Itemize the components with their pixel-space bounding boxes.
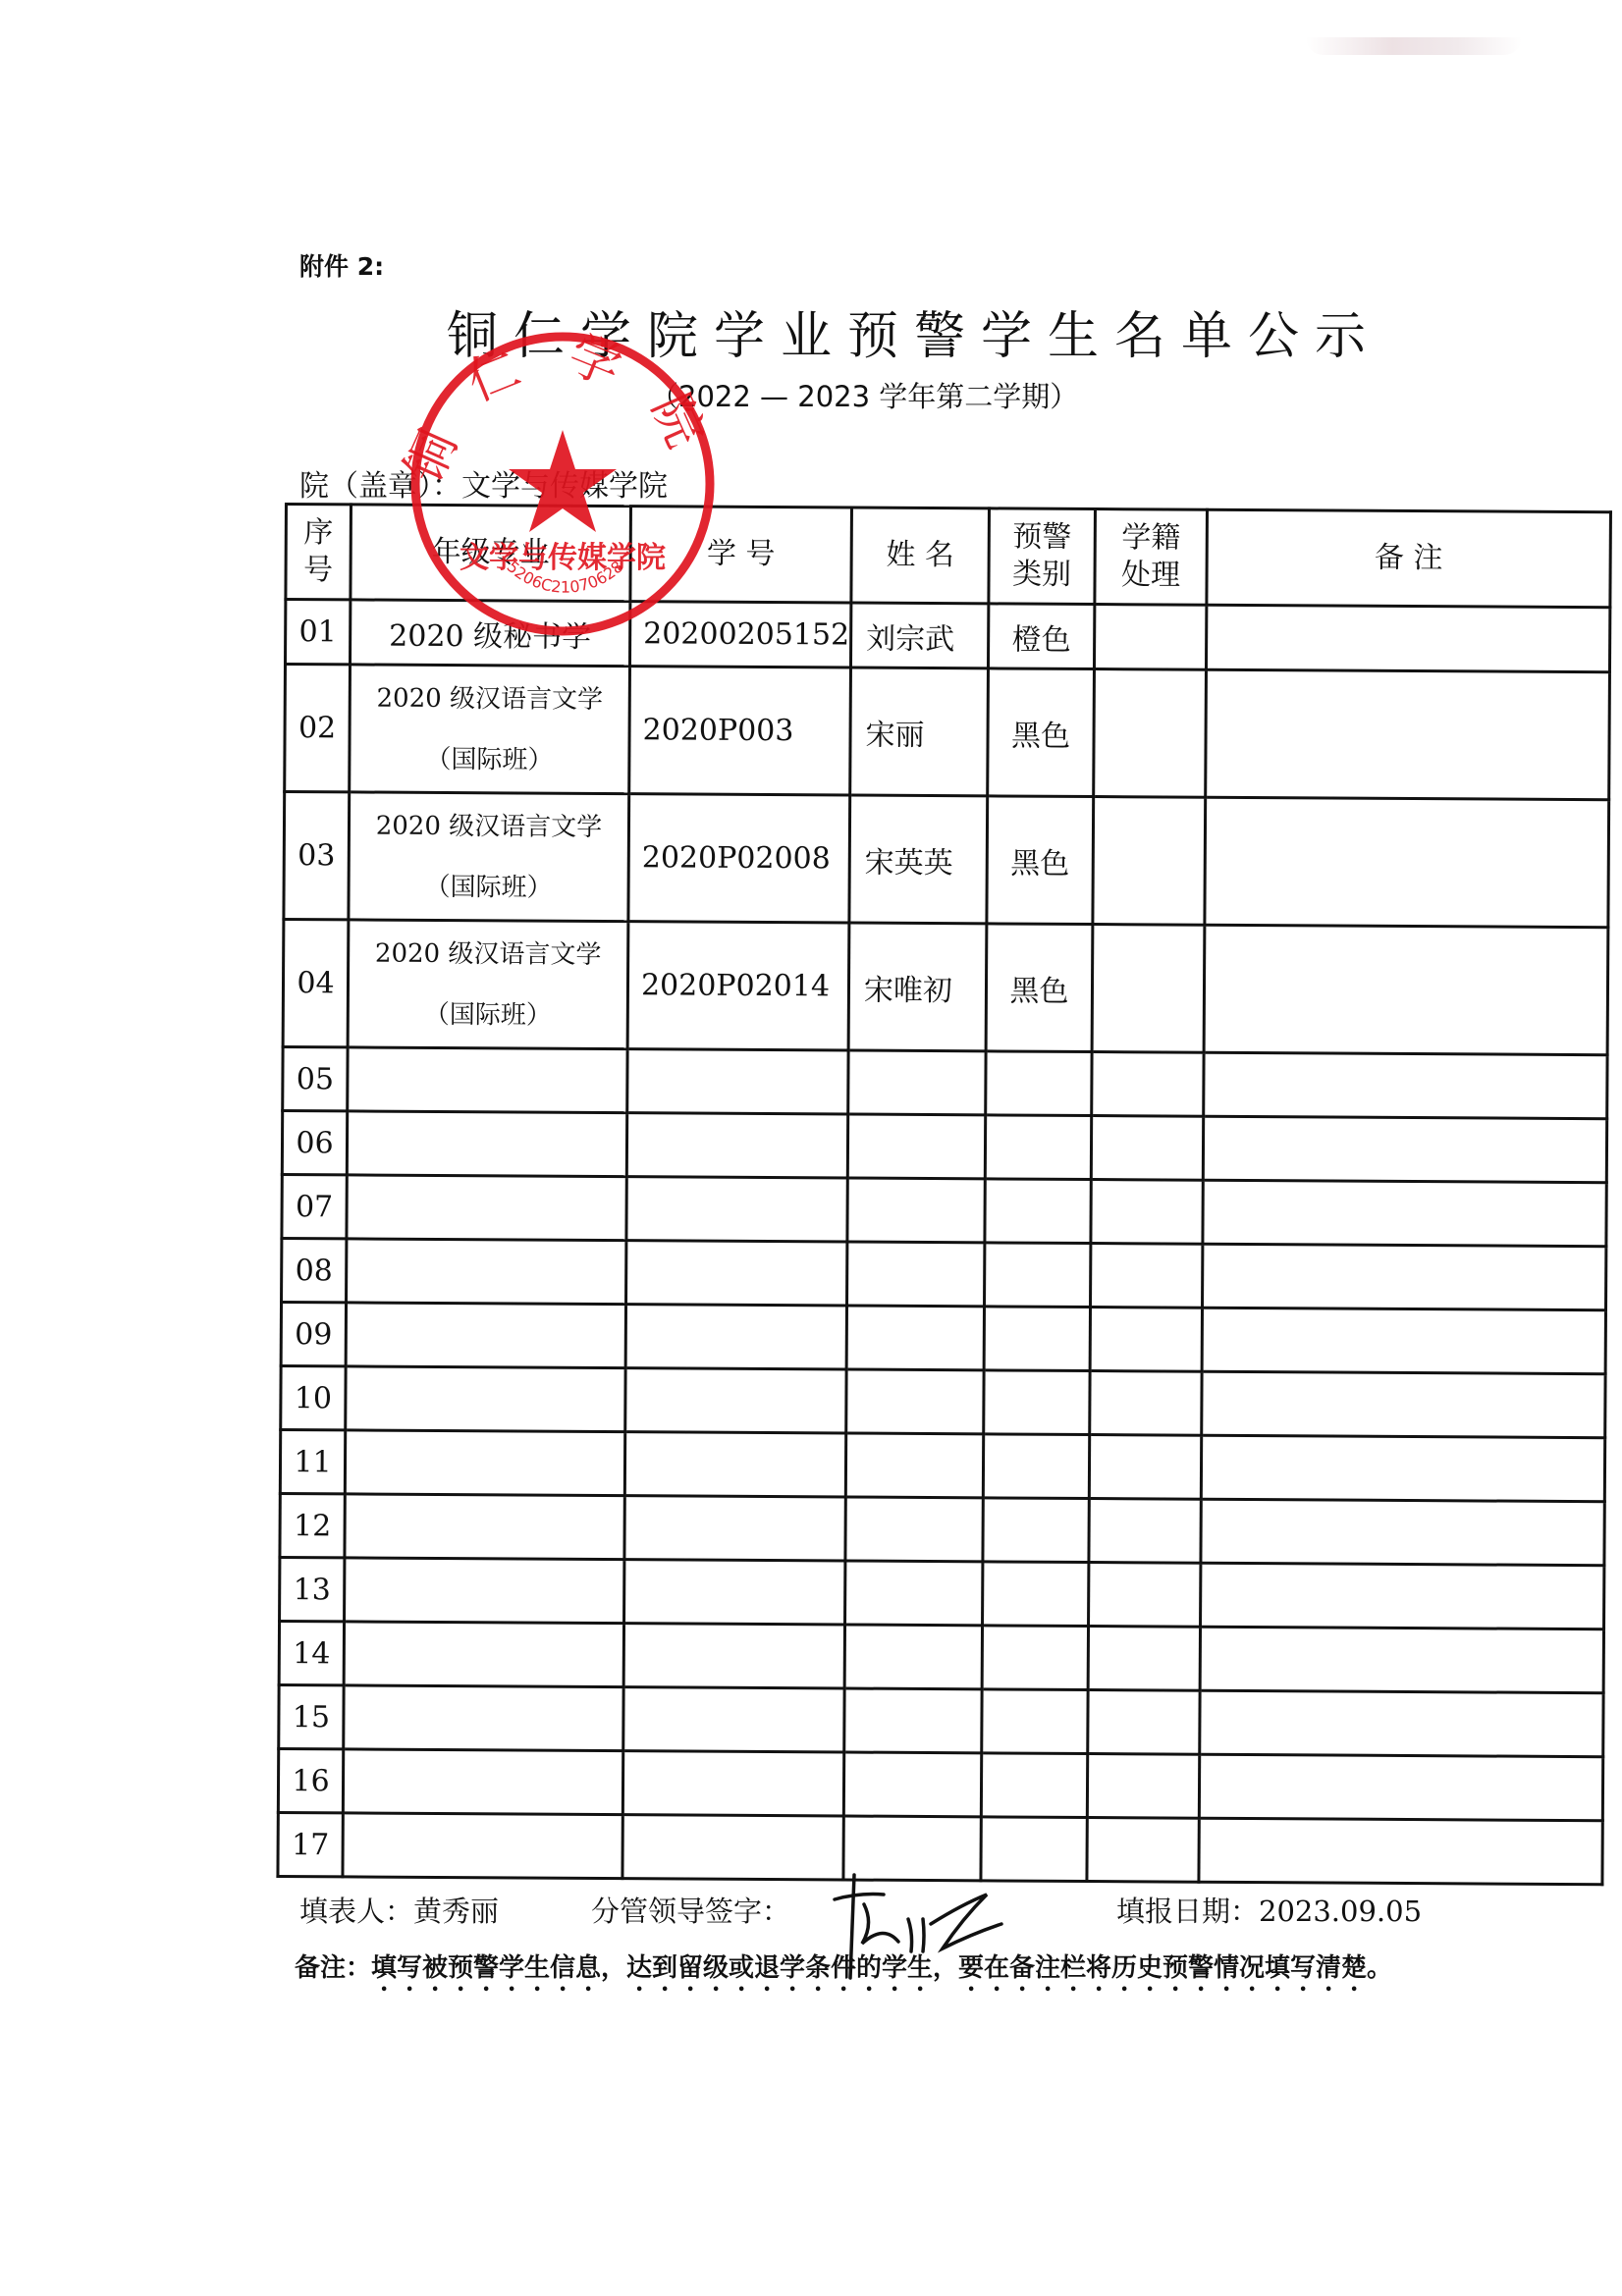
table-row-empty: 05 [283,1046,1607,1118]
cell-warning-type [982,1562,1088,1627]
cell-name [844,1688,982,1753]
cell-name: 宋丽 [850,667,989,796]
cell-remarks [1206,669,1610,800]
cell-remarks [1202,1371,1605,1438]
grade-major: 2020 级汉语言文学 [351,667,628,730]
cell-remarks [1200,1627,1603,1693]
cell-remarks [1203,1180,1606,1247]
cell-remarks [1202,1244,1605,1310]
cell-student-id [626,1241,847,1306]
cell-student-id: 2020P02008 [628,794,850,923]
cell-student-id [624,1496,845,1561]
cell-seq: 17 [278,1812,343,1876]
header-seq: 序 号 [286,505,351,600]
cell-remarks [1203,1116,1606,1183]
cell-status-handling [1087,1754,1199,1819]
table-row-empty: 09 [281,1302,1605,1373]
cell-grade-major [345,1494,624,1560]
cell-grade-major: 2020 级汉语言文学（国际班） [348,920,628,1049]
cell-warning-type: 橙色 [988,604,1094,669]
cell-seq: 16 [278,1748,343,1812]
cell-grade-major [347,1175,626,1241]
cell-warning-type [983,1434,1089,1499]
table-row-empty: 16 [278,1748,1602,1820]
table-row: 012020 级秘书学20200205152刘宗武橙色 [285,600,1609,672]
cell-status-handling [1089,1435,1201,1500]
warning-student-table: 序 号 年级专业 学 号 姓 名 预警 类别 学籍 处理 备 注 012020 … [276,503,1612,1886]
cell-grade-major [344,1685,623,1751]
cell-seq: 06 [282,1110,347,1174]
cell-warning-type [982,1689,1088,1754]
header-remarks: 备 注 [1207,509,1611,608]
cell-status-handling [1088,1563,1200,1628]
cell-status-handling [1094,669,1207,798]
cell-warning-type [984,1370,1090,1435]
cell-warning-type [984,1243,1090,1308]
cell-remarks [1200,1690,1603,1757]
cell-warning-type: 黑色 [987,796,1094,925]
cell-name [848,1050,986,1115]
cell-seq: 15 [279,1684,344,1748]
cell-grade-major [348,1047,627,1113]
cell-name [844,1625,982,1689]
table-row-empty: 11 [280,1429,1604,1501]
table-row-empty: 15 [279,1684,1603,1756]
cell-student-id [622,1751,843,1816]
page-subtitle: （2022 — 2023 学年第二学期） [650,375,1078,415]
cell-warning-type: 黑色 [986,924,1093,1052]
cell-seq: 10 [281,1365,346,1429]
cell-seq: 09 [281,1302,346,1365]
cell-seq: 07 [282,1174,347,1238]
cell-status-handling [1092,1052,1204,1117]
cell-status-handling [1093,797,1206,926]
cell-seq: 03 [284,792,350,920]
cell-student-id [623,1624,844,1688]
table-row-empty: 07 [282,1174,1606,1246]
cell-status-handling [1091,1180,1203,1245]
cell-name [845,1433,983,1498]
cell-student-id [626,1113,847,1178]
cell-remarks [1201,1499,1604,1566]
cell-grade-major: 2020 级汉语言文学（国际班） [349,792,629,922]
cell-remarks [1202,1308,1605,1374]
cell-seq: 01 [285,600,350,665]
cell-student-id [624,1560,845,1625]
grade-class: （国际班） [351,728,627,791]
cell-remarks [1199,1818,1602,1885]
cell-student-id: 2020P003 [629,667,851,795]
cell-grade-major [343,1749,622,1815]
table-row-empty: 14 [279,1621,1603,1692]
cell-seq: 14 [279,1621,344,1684]
cell-name [843,1752,981,1817]
cell-warning-type [983,1498,1089,1563]
cell-remarks [1199,1754,1602,1821]
cell-status-handling [1088,1690,1200,1755]
cell-seq: 05 [283,1046,348,1110]
header-student-id: 学 号 [630,507,852,603]
cell-seq: 11 [280,1429,345,1493]
grade-major: 2020 级汉语言文学 [350,923,626,986]
cell-remarks [1205,797,1609,928]
cell-status-handling [1091,1116,1203,1181]
cell-seq: 08 [282,1238,347,1302]
grade-major: 2020 级汉语言文学 [351,795,627,858]
grade-class: （国际班） [350,856,626,919]
cell-seq: 04 [283,920,349,1047]
filler-label: 填表人：黄秀丽 [299,1890,499,1930]
cell-name: 刘宗武 [850,603,988,668]
cell-warning-type [984,1307,1090,1371]
cell-name [847,1178,985,1243]
cell-warning-type [986,1051,1092,1116]
cell-name [846,1242,984,1307]
cell-status-handling [1090,1308,1202,1372]
header-status-handling: 学籍 处理 [1095,509,1208,606]
page-title: 铜仁学院学业预警学生名单公示 [447,294,1381,368]
cell-warning-type [982,1626,1088,1690]
report-date: 填报日期：2023.09.05 [1116,1890,1422,1930]
cell-student-id [626,1177,847,1242]
table-row: 042020 级汉语言文学（国际班）2020P02014宋唯初黑色 [283,920,1608,1055]
table-header-row: 序 号 年级专业 学 号 姓 名 预警 类别 学籍 处理 备 注 [286,505,1611,608]
note-text: 填写被预警学生信息，达到留级或退学条件的学生，要在备注栏将历史预警情况填写清楚。 [371,1953,1392,1983]
cell-name [843,1816,981,1881]
table-row-empty: 17 [278,1812,1602,1884]
table-row: 032020 级汉语言文学（国际班）2020P02008宋英英黑色 [284,792,1609,928]
cell-name [847,1114,985,1179]
cell-grade-major [345,1558,624,1624]
cell-student-id [624,1432,845,1497]
cell-remarks [1206,605,1609,672]
cell-name [846,1369,984,1434]
cell-warning-type [981,1817,1087,1882]
cell-status-handling [1090,1244,1202,1308]
header-name: 姓 名 [851,507,990,604]
cell-grade-major [345,1430,624,1496]
table-row-empty: 12 [280,1493,1604,1565]
cell-student-id [623,1687,844,1752]
cell-status-handling [1090,1371,1202,1436]
cell-student-id [625,1305,846,1369]
cell-grade-major [347,1111,626,1177]
cell-status-handling [1089,1499,1201,1564]
college-unit-line: 院（盖章）：文学与传媒学院 [299,461,668,505]
cell-seq: 02 [285,665,351,792]
note-prefix: 备注： [295,1953,371,1983]
cell-grade-major [343,1813,622,1879]
cell-grade-major [347,1239,626,1305]
cell-grade-major [344,1622,623,1687]
cell-remarks [1201,1435,1604,1502]
cell-status-handling [1088,1627,1200,1691]
grade-major: 2020 级秘书学 [389,618,591,654]
cell-name: 宋英英 [849,795,988,924]
cell-student-id: 2020P02014 [627,922,849,1050]
table-row-empty: 13 [280,1557,1604,1629]
table-row-empty: 10 [281,1365,1605,1437]
remarks-note: 备注：填写被预警学生信息，达到留级或退学条件的学生，要在备注栏将历史预警情况填写… [295,1939,1473,1998]
cell-grade-major: 2020 级汉语言文学（国际班） [350,665,630,794]
cell-status-handling [1087,1818,1199,1883]
cell-warning-type [985,1179,1091,1244]
cell-warning-type: 黑色 [988,668,1095,797]
cell-name: 宋唯初 [848,923,987,1051]
cell-student-id [622,1815,843,1880]
cell-student-id [625,1368,846,1433]
cell-name [845,1497,983,1562]
cell-status-handling [1094,605,1206,670]
cell-grade-major: 2020 级秘书学 [350,600,629,667]
attachment-label: 附件 2: [299,247,384,283]
cell-remarks [1200,1563,1603,1629]
cell-student-id: 20200205152 [629,602,850,667]
cell-warning-type [985,1115,1091,1180]
cell-name [846,1306,984,1370]
scan-shadow [1306,37,1522,55]
table-row-empty: 08 [282,1238,1606,1309]
cell-name [844,1561,982,1626]
cell-seq: 13 [280,1557,345,1621]
cell-remarks [1204,925,1608,1055]
table-row: 022020 级汉语言文学（国际班）2020P003宋丽黑色 [285,665,1610,800]
cell-seq: 12 [280,1493,345,1557]
cell-remarks [1204,1052,1607,1119]
cell-grade-major [346,1366,625,1432]
cell-student-id [627,1049,848,1114]
header-warning-type: 预警 类别 [989,508,1096,605]
table-row-empty: 06 [282,1110,1606,1182]
header-grade-major: 年级专业 [351,505,631,602]
cell-warning-type [981,1753,1087,1818]
cell-grade-major [346,1303,625,1368]
leader-signature-label: 分管领导签字： [591,1890,790,1930]
cell-status-handling [1092,925,1205,1053]
grade-class: （国际班） [350,984,626,1046]
